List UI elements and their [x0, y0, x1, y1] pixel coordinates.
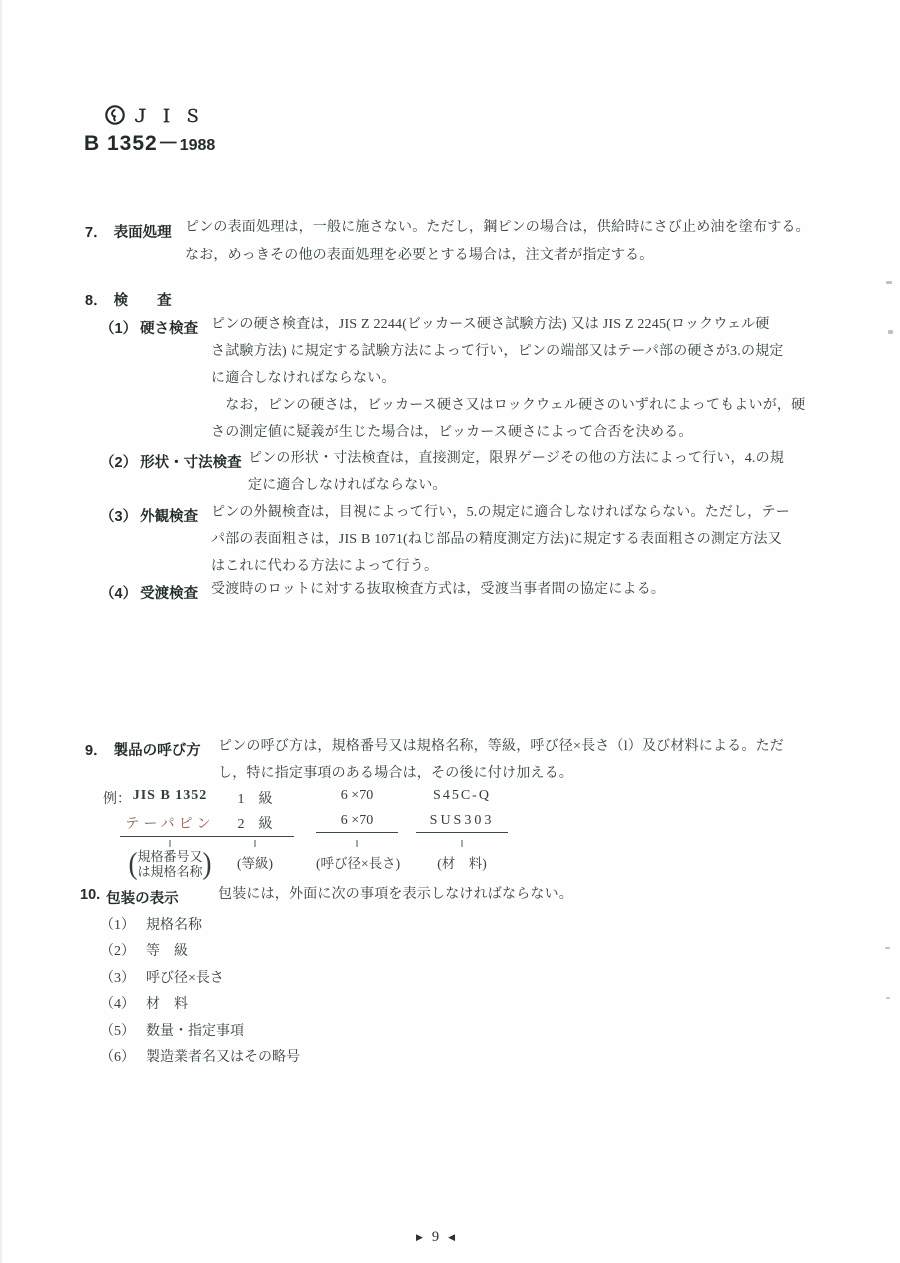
- equivalence-mark: ‖: [416, 839, 508, 850]
- section-7-body: ピンの表面処理は，一般に施さない。ただし，鋼ピンの場合は，供給時にさび止め油を塗…: [185, 214, 810, 270]
- section-8-item-1-label: （1）硬さ検査: [100, 317, 198, 338]
- section-10-body: 包装には，外面に次の事項を表示しなければならない。: [218, 881, 573, 908]
- next-page-mark: ◀: [448, 1230, 455, 1244]
- example-size-top: 6 ×70: [316, 788, 398, 804]
- document-number-year: 1988: [180, 137, 216, 154]
- section-8-item-3-label: （3）外観検査: [100, 505, 198, 526]
- packaging-item-3-text: 呼び径×長さ: [146, 967, 224, 987]
- open-paren: (: [128, 846, 137, 882]
- scan-artifact: [888, 330, 893, 334]
- example-material-bottom: SUS303: [416, 813, 508, 833]
- section-8-item-2-label: （2）形状・寸法検査: [100, 451, 242, 472]
- section-8-item-4-body: 受渡時のロットに対する抜取検査方式は，受渡当事者間の協定による。: [211, 576, 665, 603]
- packaging-item-1-text: 規格名称: [146, 914, 202, 934]
- example-standard-name: テーパピン: [120, 813, 220, 837]
- section-8-item-4-label: （4）受渡検査: [100, 582, 198, 603]
- section-9-body: ピンの呼び方は，規格番号又は規格名称，等級，呼び径×長さ（l）及び材料による。た…: [218, 733, 784, 787]
- packaging-item-4-number: （4）: [100, 993, 135, 1013]
- section-10-heading: 10.包装の表示: [80, 887, 179, 908]
- example-material-top: S45C-Q: [416, 788, 508, 804]
- packaging-item-4-text: 材 料: [146, 993, 188, 1013]
- section-9-heading: 9．製品の呼び方: [85, 739, 201, 760]
- section-10-number: 10.: [80, 887, 100, 908]
- scan-artifact: [886, 997, 890, 999]
- document-number: B 1352－1988: [84, 127, 215, 157]
- document-number-main: B 1352－: [84, 132, 180, 155]
- page-number: 9: [432, 1230, 439, 1244]
- example-grade-bottom: 2 級: [216, 813, 294, 837]
- scan-artifact: [885, 947, 890, 949]
- close-paren: ): [203, 846, 212, 882]
- item-number: （3）: [100, 505, 137, 526]
- packaging-item-1-number: （1）: [100, 914, 135, 934]
- section-9-number: 9．: [85, 739, 108, 760]
- example-standard-label: ( 規格番号又 は規格名称 ): [120, 848, 220, 879]
- example-grade-label: (等級): [216, 852, 294, 872]
- section-7-heading: 7．表面処理: [85, 221, 172, 242]
- packaging-item-5-text: 数量・指定事項: [146, 1020, 244, 1040]
- section-7-title: 表面処理: [114, 221, 172, 242]
- section-8-title: 検 査: [114, 289, 172, 310]
- item-title: 受渡検査: [140, 582, 198, 603]
- prev-page-mark: ▶: [416, 1230, 423, 1244]
- designation-example: 例： JIS B 1352 テーパピン ‖ ( 規格番号又 は規格名称 ) 1 …: [103, 786, 573, 886]
- equivalence-mark: ‖: [316, 839, 398, 850]
- jis-logo-block: ＪＩＳ: [104, 102, 210, 127]
- example-grade-top: 1 級: [216, 788, 294, 808]
- section-8-item-2-body: ピンの形状・寸法検査は，直接測定，限界ゲージその他の方法によって行い，4.の規 …: [248, 445, 784, 499]
- packaging-item-3-number: （3）: [100, 967, 135, 987]
- packaging-item-2-number: （2）: [100, 940, 135, 960]
- jis-mark-icon: [104, 104, 126, 126]
- packaging-item-6-number: （6）: [100, 1046, 135, 1066]
- section-8-heading: 8．検 査: [85, 289, 172, 310]
- item-title: 硬さ検査: [140, 317, 198, 338]
- equivalence-mark: ‖: [216, 839, 294, 850]
- packaging-item-5-number: （5）: [100, 1020, 135, 1040]
- item-number: （4）: [100, 582, 137, 603]
- example-material-label: (材 料): [416, 852, 508, 872]
- scan-edge-line: [0, 0, 2, 1263]
- section-9-title: 製品の呼び方: [114, 739, 201, 760]
- section-8-item-1-body: ピンの硬さ検査は，JIS Z 2244(ビッカース硬さ試験方法) 又は JIS …: [211, 311, 805, 446]
- section-7-number: 7．: [85, 221, 108, 242]
- example-size-label: (呼び径×長さ): [316, 852, 398, 872]
- packaging-item-6-text: 製造業者名又はその略号: [146, 1046, 300, 1066]
- example-standard-number: JIS B 1352: [120, 788, 220, 804]
- scan-artifact: [886, 281, 892, 284]
- page-footer: ▶ 9 ◀: [416, 1230, 455, 1244]
- packaging-item-2-text: 等 級: [146, 940, 188, 960]
- section-8-number: 8．: [85, 289, 108, 310]
- item-number: （1）: [100, 317, 137, 338]
- item-title: 形状・寸法検査: [140, 451, 242, 472]
- label-text: 規格番号又 は規格名称: [137, 849, 202, 879]
- example-size-bottom: 6 ×70: [316, 813, 398, 833]
- section-10-title: 包装の表示: [106, 887, 179, 908]
- document-page: ＪＩＳ B 1352－1988 7．表面処理 ピンの表面処理は，一般に施さない。…: [0, 0, 900, 1263]
- item-title: 外観検査: [140, 505, 198, 526]
- jis-org-label: ＪＩＳ: [132, 102, 210, 127]
- section-8-item-3-body: ピンの外観検査は，目視によって行い，5.の規定に適合しなければならない。ただし，…: [211, 499, 790, 580]
- item-number: （2）: [100, 451, 137, 472]
